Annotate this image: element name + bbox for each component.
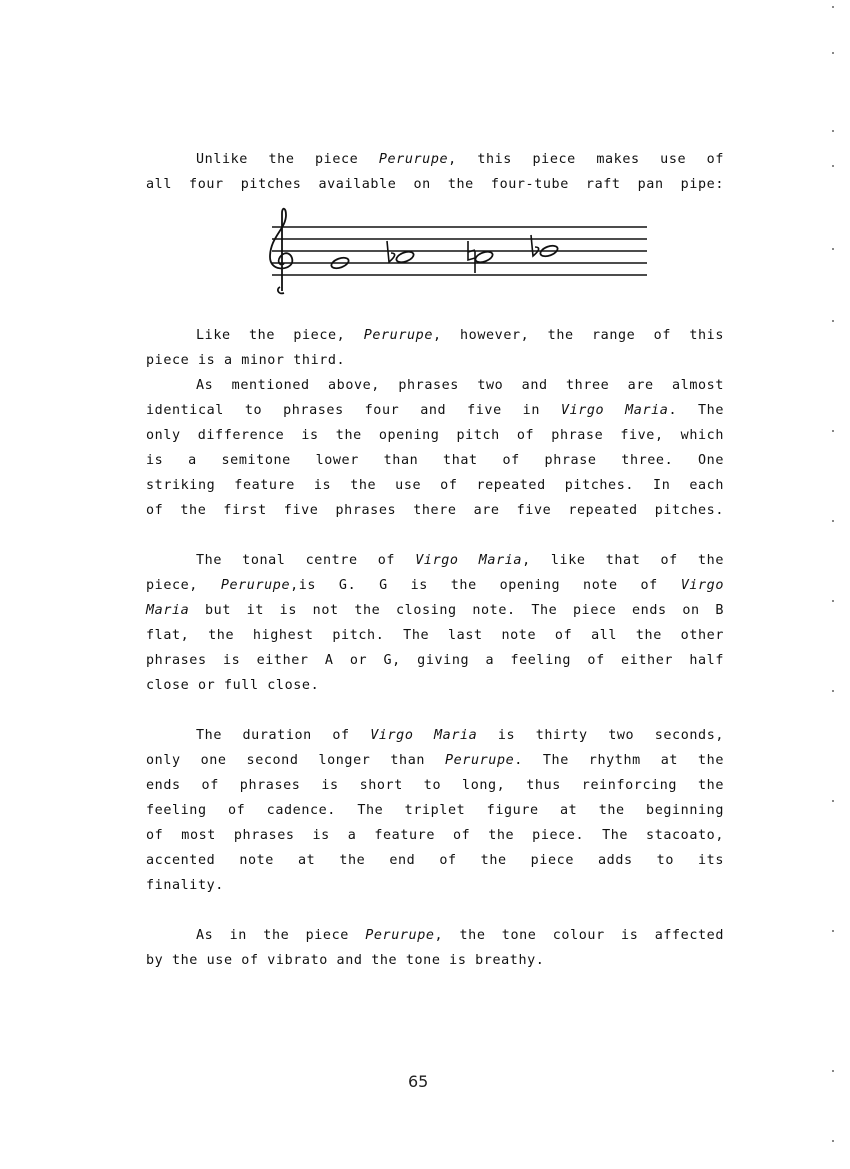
text-span: feeling of cadence. The triplet figure a… [146, 803, 724, 818]
text-line: is a semitone lower than that of phrase … [146, 453, 724, 469]
text-span: phrases is either A or G, giving a feeli… [146, 653, 724, 668]
text-line: only one second longer than Perurupe. Th… [146, 753, 724, 769]
text-span: by the use of vibrato and the tone is br… [146, 953, 544, 968]
italic-title: Virgo Maria [415, 553, 522, 568]
staff-lines [272, 227, 647, 275]
text-line: of the first five phrases there are five… [146, 503, 724, 519]
text-line: piece is a minor third. [146, 353, 724, 369]
text-span: Unlike the piece [196, 152, 379, 167]
text-span: ,is G. G is the opening note of [290, 578, 681, 593]
text-line: piece, Perurupe,is G. G is the opening n… [146, 578, 724, 594]
text-line: finality. [146, 878, 724, 894]
text-line: phrases is either A or G, giving a feeli… [146, 653, 724, 669]
italic-title: Perurupe [379, 152, 448, 167]
text-span: only difference is the opening pitch of … [146, 428, 724, 443]
text-line: As mentioned above, phrases two and thre… [146, 378, 724, 394]
text-line: of most phrases is a feature of the piec… [146, 828, 724, 844]
text-span: The duration of [196, 728, 370, 743]
text-span: . The [668, 403, 724, 418]
whole-note [395, 250, 415, 265]
text-span: , however, the range of this [433, 328, 724, 343]
italic-title: Virgo Maria [561, 403, 669, 418]
text-span: only one second longer than [146, 753, 445, 768]
text-line: Unlike the piece Perurupe, this piece ma… [146, 152, 724, 168]
text-span: ends of phrases is short to long, thus r… [146, 778, 724, 793]
text-span: accented note at the end of the piece ad… [146, 853, 724, 868]
document-page: Unlike the piece Perurupe, this piece ma… [0, 0, 850, 1169]
italic-title: Perurupe [365, 928, 434, 943]
text-line: ends of phrases is short to long, thus r… [146, 778, 724, 794]
text-line: all four pitches available on the four-t… [146, 177, 724, 193]
text-line: flat, the highest pitch. The last note o… [146, 628, 724, 644]
text-span: striking feature is the use of repeated … [146, 478, 724, 493]
text-line: The duration of Virgo Maria is thirty tw… [146, 728, 724, 744]
text-line: accented note at the end of the piece ad… [146, 853, 724, 869]
italic-title: Perurupe [364, 328, 433, 343]
text-span: As mentioned above, phrases two and thre… [196, 378, 724, 393]
text-span: , like that of the [522, 553, 724, 568]
text-span: is a semitone lower than that of phrase … [146, 453, 724, 468]
text-span: flat, the highest pitch. The last note o… [146, 628, 724, 643]
text-span: of most phrases is a feature of the piec… [146, 828, 724, 843]
text-line: striking feature is the use of repeated … [146, 478, 724, 494]
italic-title: Maria [146, 603, 189, 618]
text-line: by the use of vibrato and the tone is br… [146, 953, 724, 969]
italic-title: Perurupe [445, 753, 514, 768]
text-span: identical to phrases four and five in [146, 403, 561, 418]
text-span: , this piece makes use of [448, 152, 724, 167]
text-line: Like the piece, Perurupe, however, the r… [146, 328, 724, 344]
text-span: Like the piece, [196, 328, 364, 343]
natural-icon [468, 241, 475, 273]
italic-title: Virgo Maria [370, 728, 477, 743]
text-span: is thirty two seconds, [477, 728, 724, 743]
flat-icon [531, 235, 539, 256]
italic-title: Virgo [681, 578, 724, 593]
text-line: As in the piece Perurupe, the tone colou… [146, 928, 724, 944]
text-span: piece is a minor third. [146, 353, 345, 368]
text-line: close or full close. [146, 678, 724, 694]
whole-note [474, 250, 494, 265]
italic-title: Perurupe [221, 578, 290, 593]
page-number: 65 [408, 1072, 428, 1091]
text-span: The tonal centre of [196, 553, 415, 568]
text-span: all four pitches available on the four-t… [146, 177, 724, 192]
music-staff-example [262, 205, 652, 300]
text-span: but it is not the closing note. The piec… [189, 603, 724, 618]
text-line: only difference is the opening pitch of … [146, 428, 724, 444]
text-span: finality. [146, 878, 224, 893]
text-line: The tonal centre of Virgo Maria, like th… [146, 553, 724, 569]
text-span: , the tone colour is affected [435, 928, 724, 943]
text-line: Maria but it is not the closing note. Th… [146, 603, 724, 619]
text-span: of the first five phrases there are five… [146, 503, 724, 518]
notes [330, 235, 559, 273]
text-span: close or full close. [146, 678, 319, 693]
text-span: piece, [146, 578, 221, 593]
text-line: identical to phrases four and five in Vi… [146, 403, 724, 419]
text-line: feeling of cadence. The triplet figure a… [146, 803, 724, 819]
text-span: As in the piece [196, 928, 365, 943]
text-span: . The rhythm at the [514, 753, 724, 768]
